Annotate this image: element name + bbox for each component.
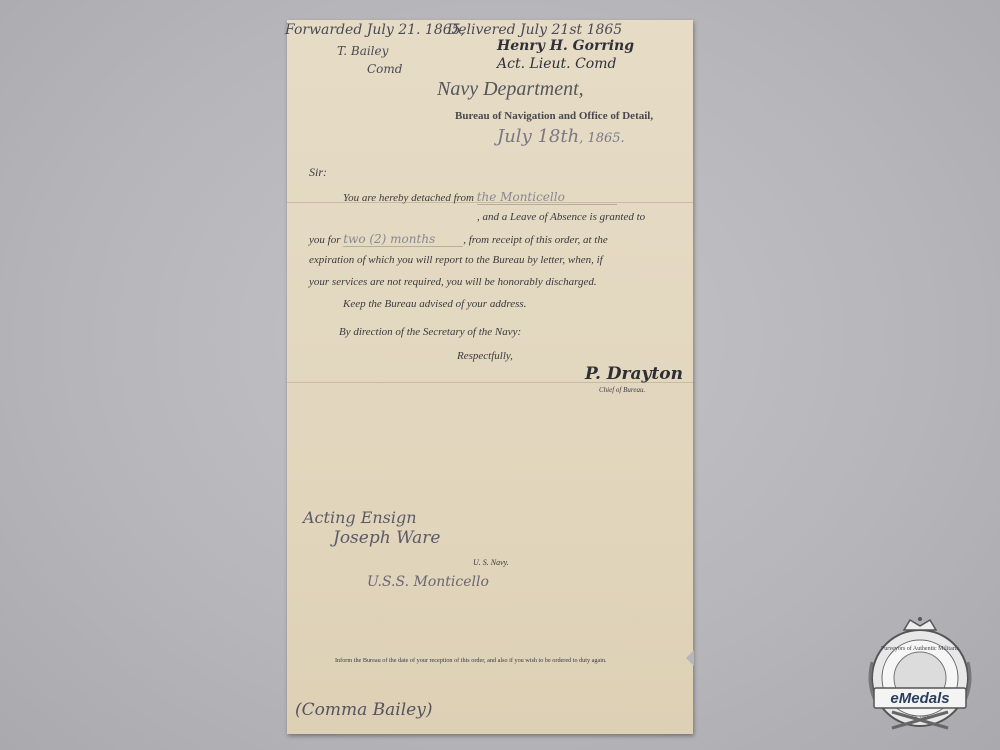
body-line-7: By direction of the Secretary of the Nav…: [339, 326, 521, 338]
closing: Respectfully,: [457, 350, 513, 362]
addressee-service: U. S. Navy.: [473, 558, 509, 567]
signature: P. Drayton: [585, 364, 683, 384]
signature-title: Chief of Bureau.: [599, 386, 645, 394]
letter-date: July 18th, 1865.: [497, 126, 625, 147]
fill-ship: the Monticello: [477, 190, 617, 205]
body-line-1: You are hereby detached from the Montice…: [343, 190, 617, 205]
svg-text:eMedals: eMedals: [890, 690, 949, 707]
body-line-6: Keep the Bureau advised of your address.: [343, 298, 526, 310]
salutation: Sir:: [309, 165, 327, 180]
forwarded-signature: T. Bailey: [337, 44, 388, 58]
addressee-ship: U.S.S. Monticello: [367, 574, 489, 590]
body-line-5: your services are not required, you will…: [309, 276, 597, 288]
delivered-signature: Henry H. Gorring: [497, 38, 634, 54]
body-line-2: , and a Leave of Absence is granted to: [477, 211, 645, 223]
document-page: Forwarded July 21. 1865, T. Bailey Comd …: [287, 20, 693, 734]
fill-duration: two (2) months: [343, 232, 463, 247]
footer-annotation: (Comma Bailey): [295, 700, 432, 720]
emedals-logo: eMedals Purveyors of Authentic Militaria…: [852, 616, 988, 744]
delivered-title: Act. Lieut. Comd: [497, 56, 616, 72]
addressee-rank: Acting Ensign: [303, 508, 417, 527]
svg-text:Est. 1997: Est. 1997: [912, 714, 930, 719]
torn-edge: [686, 650, 694, 666]
footer-note: Inform the Bureau of the date of your re…: [335, 657, 607, 664]
emedals-badge-icon: eMedals Purveyors of Authentic Militaria…: [852, 616, 988, 744]
forwarded-title: Comd: [367, 62, 402, 76]
body-line-4: expiration of which you will report to t…: [309, 254, 603, 266]
department-heading: Navy Department,: [437, 78, 584, 101]
bureau-heading: Bureau of Navigation and Office of Detai…: [455, 110, 653, 122]
addressee-name: Joseph Ware: [333, 528, 440, 548]
delivered-note: Delivered July 21st 1865: [447, 22, 622, 38]
forwarded-note: Forwarded July 21. 1865,: [285, 22, 465, 38]
svg-text:Purveyors of Authentic Militar: Purveyors of Authentic Militaria: [881, 645, 959, 652]
body-line-3: you for two (2) months, from receipt of …: [309, 232, 608, 247]
